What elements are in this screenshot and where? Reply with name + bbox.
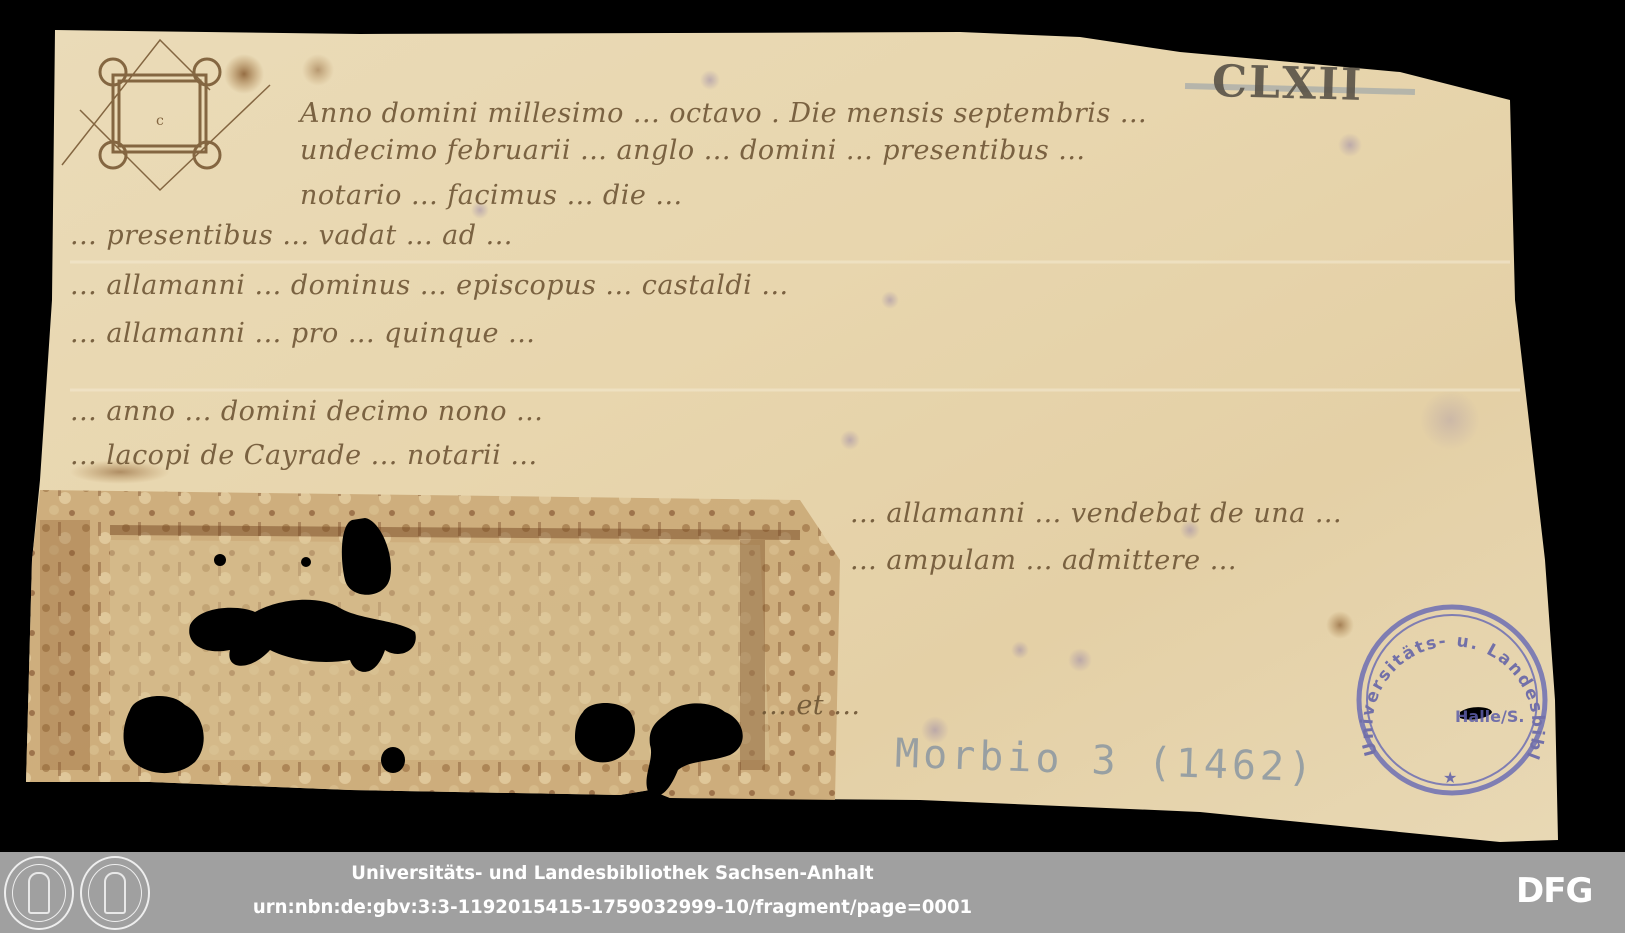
institution-name: Universitäts- und Landesbibliothek Sachs… bbox=[31, 862, 1195, 884]
manuscript-line: ... et ... bbox=[760, 690, 861, 721]
manuscript-scan: c Universitäts- u. Landesbibliothek Hall… bbox=[0, 0, 1625, 852]
document-viewer: c Universitäts- u. Landesbibliothek Hall… bbox=[0, 0, 1625, 852]
manuscript-line: ... allamanni ... dominus ... episcopus … bbox=[70, 270, 789, 301]
manuscript-line: ... anno ... domini decimo nono ... bbox=[70, 396, 543, 427]
manuscript-line: Anno domini millesimo ... octavo . Die m… bbox=[300, 98, 1147, 129]
urn-identifier: urn:nbn:de:gbv:3:3-1192015415-1759032999… bbox=[31, 896, 1195, 918]
manuscript-line: ... allamanni ... vendebat de una ... bbox=[850, 498, 1342, 529]
svg-text:Halle/S.: Halle/S. bbox=[1455, 707, 1524, 726]
manuscript-line: ... allamanni ... pro ... quinque ... bbox=[70, 318, 535, 349]
manuscript-line: notario ... facimus ... die ... bbox=[300, 180, 683, 211]
manuscript-line: ... ampulam ... admittere ... bbox=[850, 545, 1237, 576]
manuscript-line: ... presentibus ... vadat ... ad ... bbox=[70, 220, 513, 251]
footer-bar: Universitäts- und Landesbibliothek Sachs… bbox=[0, 852, 1625, 933]
svg-text:c: c bbox=[156, 113, 164, 129]
manuscript-line: ... lacopi de Cayrade ... notarii ... bbox=[70, 440, 538, 471]
manuscript-line: undecimo februarii ... anglo ... domini … bbox=[300, 135, 1086, 166]
dfg-logo: DFG bbox=[1516, 873, 1592, 909]
shelfmark: CLXII bbox=[1211, 56, 1364, 111]
svg-text:★: ★ bbox=[1443, 768, 1457, 787]
